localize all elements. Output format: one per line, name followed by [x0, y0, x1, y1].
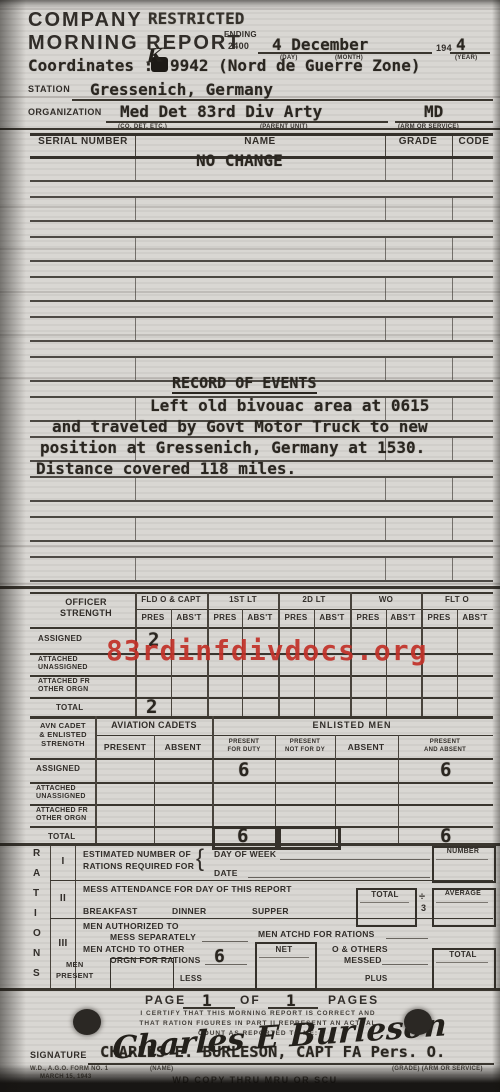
grid-line: [30, 804, 493, 806]
officer-sub-abst: ABS'T: [462, 613, 487, 622]
rations-est-label2: RATIONS REQUIRED FOR: [83, 861, 194, 871]
year-typed: 4: [456, 35, 466, 54]
officer-sub-abst: ABS'T: [247, 613, 272, 622]
ending-label: ENDING: [224, 30, 257, 39]
fill-rule: [386, 938, 428, 939]
officer-group-1st-lt: 1ST LT: [229, 595, 257, 604]
classification-stamp: RESTRICTED: [148, 9, 244, 28]
roster-row: [30, 516, 493, 542]
grade-sub-label: (GRADE) (ARM OR SERVICE): [392, 1066, 483, 1072]
enlisted-row-other-orgn: OTHER ORGN: [36, 815, 86, 822]
coordinates-handwritten-overwrite: K: [147, 44, 164, 67]
officer-row-assigned: ASSIGNED: [38, 634, 82, 643]
punch-hole: [73, 1009, 101, 1035]
enlisted-row-attached-fr: ATTACHED FR: [36, 807, 88, 814]
section-rule: [0, 988, 500, 991]
form-date: MARCH 15, 1943: [40, 1074, 92, 1080]
officer-group-flt-o: FLT O: [445, 595, 469, 604]
form-title-line2: MORNING REPORT: [28, 32, 242, 55]
rations-letter: S: [33, 968, 40, 979]
station-label: STATION: [28, 84, 70, 94]
grid-line: [30, 592, 493, 594]
enlisted-title2: & ENLISTED: [39, 730, 87, 739]
officer-total-value: 2: [146, 696, 157, 718]
enlisted-col-present: PRESENT: [104, 742, 146, 752]
grid-line: [30, 716, 493, 719]
average-box-label: AVERAGE: [445, 890, 481, 897]
rations-letter: T: [33, 888, 39, 899]
men-atchd-other-value: 6: [214, 946, 225, 967]
form-title-line1: COMPANY: [28, 9, 143, 32]
enlisted-row-assigned: ASSIGNED: [36, 764, 80, 773]
officer-row-attached: ATTACHED: [38, 656, 78, 663]
date-label: DATE: [214, 868, 238, 878]
arm-service-rule: [395, 121, 493, 123]
year-sub-label: (YEAR): [455, 55, 477, 61]
officer-group-2d-lt: 2D LT: [302, 595, 325, 604]
enlisted-col-pa1: PRESENT: [430, 739, 460, 745]
grid-line: [50, 880, 493, 881]
grid-line: [212, 716, 214, 843]
brace: {: [196, 845, 204, 873]
number-box-label: NUMBER: [447, 848, 480, 855]
roster-row: [30, 316, 493, 342]
scan-streak: [0, 545, 500, 547]
roster-col-grade: GRADE: [399, 136, 438, 147]
enlisted-col-absent2: ABSENT: [348, 742, 385, 752]
arm-service-sub-label: (ARM OR SERVICE): [398, 124, 459, 130]
officer-group-fld-capt: FLD O & CAPT: [141, 595, 201, 604]
fill-rule: [280, 859, 430, 860]
roster-row: [30, 236, 493, 262]
grid-line: [457, 609, 458, 716]
enlisted-col-pnfd2: NOT FOR DY: [285, 747, 325, 753]
organization-rule: [106, 121, 388, 123]
record-line: position at Gressenich, Germany at 1530.: [40, 438, 425, 457]
officer-sub-pres: PRES: [214, 613, 237, 622]
punch-hole: [404, 1009, 432, 1035]
officer-row-attached-fr: ATTACHED FR: [38, 678, 90, 685]
breakfast-label: BREAKFAST: [83, 906, 138, 916]
organization-label: ORGANIZATION: [28, 107, 102, 117]
officer-sub-abst: ABS'T: [176, 613, 201, 622]
enlisted-title1: AVN CADET: [40, 721, 86, 730]
roster-col-code: CODE: [459, 136, 490, 147]
officer-sub-pres: PRES: [285, 613, 308, 622]
officer-row-total: TOTAL: [56, 703, 83, 712]
record-line: Distance covered 118 miles.: [36, 459, 296, 478]
record-line: and traveled by Govt Motor Truck to new: [52, 417, 428, 436]
officer-sub-abst: ABS'T: [390, 613, 415, 622]
org-sub-label: (CO. DET. ETC.): [118, 124, 167, 130]
record-line: Left old bivouac area at 0615: [150, 396, 429, 415]
others-messed-label2: MESSED: [344, 955, 382, 965]
officer-strength-title2: STRENGTH: [60, 608, 112, 618]
enlisted-total-box: [275, 826, 341, 850]
rations-letter: A: [33, 868, 41, 879]
enlisted-row-attached: ATTACHED: [36, 785, 76, 792]
rations-letter: N: [33, 948, 41, 959]
page-value: 1: [202, 991, 212, 1010]
pages-value: 1: [286, 991, 296, 1010]
form-number: W.D., A.G.O. FORM NO. 1: [30, 1066, 108, 1072]
plus-label: PLUS: [365, 974, 388, 983]
enlisted-total-pa: 6: [440, 825, 451, 847]
fill-rule: [202, 941, 248, 942]
officer-strength-title1: OFFICER: [65, 597, 107, 607]
enlisted-group-aviation: AVIATION CADETS: [111, 720, 197, 730]
net-box-label: NET: [276, 945, 293, 954]
officer-group-wo: WO: [379, 595, 393, 604]
officer-sub-pres: PRES: [428, 613, 451, 622]
rations-numeral-1: I: [61, 856, 64, 867]
rations-letter: I: [34, 908, 37, 919]
mess-attendance-label: MESS ATTENDANCE FOR DAY OF THIS REPORT: [83, 884, 292, 894]
roster-row: [30, 556, 493, 582]
men-authorized-label1: MEN AUTHORIZED TO: [83, 921, 179, 931]
enlisted-col-pa2: AND ABSENT: [424, 747, 466, 753]
men-present-label1: MEN: [66, 960, 84, 969]
enlisted-col-absent: ABSENT: [165, 742, 202, 752]
officer-row-other-orgn: OTHER ORGN: [38, 686, 88, 693]
fill-rule: [248, 877, 430, 878]
station-value: Gressenich, Germany: [90, 80, 273, 99]
coordinates-label: Coordinates :: [28, 56, 153, 75]
men-atchd-other-label1: MEN ATCHD TO OTHER: [83, 944, 185, 954]
total-box-2-label: TOTAL: [449, 950, 476, 959]
officer-sub-pres: PRES: [142, 613, 165, 622]
copy-note: WD COPY THRU MRU OR SCU: [172, 1075, 337, 1085]
grid-line: [30, 758, 493, 760]
officer-row-unassigned: UNASSIGNED: [38, 664, 88, 671]
coordinates-value: 9942 (Nord de Guerre Zone): [170, 56, 420, 75]
page-label: PAGE: [145, 993, 186, 1007]
supper-label: SUPPER: [252, 906, 289, 916]
enlisted-col-pnfd1: PRESENT: [290, 739, 320, 745]
grid-line: [30, 627, 493, 629]
grid-line: [95, 716, 97, 843]
rations-letter: O: [33, 928, 41, 939]
enlisted-assigned-pa: 6: [440, 759, 451, 781]
men-atchd-for-rations-label: MEN ATCHD FOR RATIONS: [258, 929, 375, 939]
arm-service-value: MD: [424, 102, 443, 121]
of-label: OF: [240, 993, 261, 1007]
divide-three: 3: [421, 903, 426, 913]
roster-entry: NO CHANGE: [196, 151, 283, 170]
officer-sub-abst: ABS'T: [319, 613, 344, 622]
roster-row: [30, 276, 493, 302]
grid-line: [30, 675, 493, 677]
roster-col-serial: SERIAL NUMBER: [38, 136, 128, 147]
roster-row: [30, 476, 493, 502]
less-label: LESS: [180, 974, 202, 983]
enlisted-title3: STRENGTH: [41, 739, 85, 748]
total-box-label: TOTAL: [371, 890, 398, 899]
enlisted-assigned-pfd: 6: [238, 759, 249, 781]
grid-line: [50, 846, 51, 988]
morning-report-scan: COMPANY RESTRICTED MORNING REPORT ENDING…: [0, 0, 500, 1092]
day-of-week-label: DAY OF WEEK: [214, 849, 276, 859]
organization-value: Med Det 83rd Div Arty: [120, 102, 322, 121]
enlisted-row-unassigned: UNASSIGNED: [36, 793, 86, 800]
name-sub-label: (NAME): [150, 1066, 173, 1072]
enlisted-total-pfd: 6: [237, 825, 248, 847]
grid-line: [50, 918, 493, 919]
grid-line: [30, 697, 493, 699]
fill-rule: [382, 964, 428, 965]
roster-col-name: NAME: [244, 136, 275, 147]
pages-label: PAGES: [328, 993, 379, 1007]
roster-row: [30, 196, 493, 222]
record-of-events-title: RECORD OF EVENTS: [172, 374, 317, 394]
watermark: 83rdinfdivdocs.org: [106, 634, 427, 667]
year-printed: 194: [436, 43, 452, 53]
station-rule: [72, 99, 493, 101]
divide-sign: ÷: [419, 891, 425, 903]
enlisted-group-enlisted-men: ENLISTED MEN: [312, 720, 391, 730]
fill-rule: [205, 964, 247, 965]
ending-time: 2400: [228, 41, 249, 51]
enlisted-col-pfd2: FOR DUTY: [227, 747, 260, 753]
enlisted-row-total: TOTAL: [48, 832, 75, 841]
grid-line: [154, 735, 155, 843]
rations-letter: R: [33, 848, 41, 859]
section-rule: [0, 586, 500, 589]
rations-numeral-2: II: [60, 893, 66, 904]
officer-sub-pres: PRES: [357, 613, 380, 622]
rations-numeral-3: III: [58, 938, 67, 949]
men-atchd-other-label2: ORGN FOR RATIONS: [110, 955, 201, 965]
others-messed-label1: O & OTHERS: [332, 944, 388, 954]
rations-est-label1: ESTIMATED NUMBER OF: [83, 849, 191, 859]
grid-line: [398, 735, 399, 843]
men-present-label2: PRESENT: [56, 971, 94, 980]
scan-streak: [0, 583, 500, 585]
parent-unit-sub-label: (PARENT UNIT): [260, 124, 308, 130]
enlisted-col-pfd1: PRESENT: [229, 739, 259, 745]
dinner-label: DINNER: [172, 906, 206, 916]
grid-line: [30, 782, 493, 784]
signature-label: SIGNATURE: [30, 1050, 87, 1060]
report-date: 4 December: [272, 35, 368, 54]
men-authorized-label2: MESS SEPARATELY: [110, 932, 196, 942]
